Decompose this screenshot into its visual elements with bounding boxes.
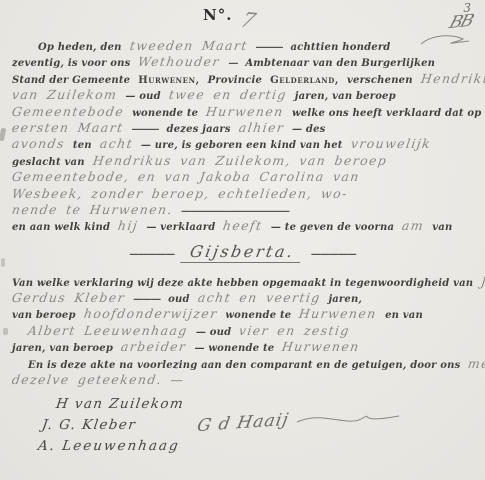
handwritten-entry: Hurwenen [281, 339, 361, 354]
document-line: Stand der GemeenteHurwenen,ProvincieGeld… [12, 71, 473, 87]
printed-form-text: jaren, van beroep [12, 343, 113, 354]
handwritten-entry: met [467, 356, 485, 371]
printed-form-text: — te geven de voorna [271, 222, 394, 233]
handwritten-entry: eersten Maart [11, 120, 125, 135]
handwritten-entry: Johannis [480, 274, 485, 289]
printed-form-text: — oud [125, 91, 160, 102]
handwritten-entry: Albert Leeuwenhaag [27, 323, 189, 338]
printed-form-text: van beroep [12, 310, 76, 321]
handwritten-entry: hoofdonderwijzer [83, 306, 219, 321]
handwritten-entry: Hurwenen [205, 104, 285, 119]
handwritten-entry: dezelve geteekend. — [11, 372, 186, 387]
signature-block: H van Zuilekom J. G. Kleber A. Leeuwenha… [12, 396, 473, 459]
document-line: geslacht vanHendrikus van Zuilekom, van … [12, 153, 473, 169]
printed-form-text: van [432, 222, 452, 233]
printed-form-text: jaren, van beroep [295, 91, 396, 102]
handwritten-entry: Wethouder [137, 54, 221, 69]
printed-form-text: jaren, [328, 294, 362, 305]
handwritten-entry: vier en zestig [238, 323, 351, 338]
child-name-line: —————Gijsberta.————— [12, 242, 473, 263]
fill-in-rule: ——— [132, 124, 159, 135]
fill-in-rule: ——— [133, 294, 160, 305]
printed-form-text: En is deze akte na voorlezing aan den co… [28, 360, 460, 371]
fill-in-rule: ————— [311, 249, 356, 260]
document-line: Albert Leeuwenhaag— oudvier en zestig [12, 323, 473, 339]
document-line: eersten Maart———dezes jaarsalhier— des [12, 120, 473, 136]
printed-form-text: Van welke verklaring wij deze akte hebbe… [12, 278, 473, 289]
document-line: Gemeentebode, en van Jakoba Carolina van [12, 169, 473, 185]
signature-witness-1: J. G. Kleber [41, 417, 185, 433]
document-line: Gerdus Kleber———oudacht en veertigjaren, [12, 290, 473, 306]
handwritten-entry: Hendrikus [420, 71, 485, 86]
printed-form-text: oud [168, 294, 190, 305]
document-line: en aan welk kindhij— verklaardheeft— te … [12, 218, 473, 234]
fill-in-rule: ———————————— [181, 206, 289, 217]
printed-form-text: zeventig, is voor ons [12, 58, 130, 69]
printed-form-text: — des [292, 124, 325, 135]
document-line: avondstenacht— ure, is geboren een kind … [12, 136, 473, 152]
fill-in-rule: ————— [129, 249, 174, 260]
document-line: En is deze akte na voorlezing aan den co… [12, 356, 473, 372]
document-line: zeventig, is voor onsWethouder—Ambtenaar… [12, 54, 473, 70]
printed-form-text: ten [73, 140, 92, 151]
printed-form-text: — verklaard [146, 222, 215, 233]
handwritten-entry: Wesbeek, zonder beroep, echtelieden, wo- [11, 186, 349, 201]
printed-form-text: wonende te [225, 310, 291, 321]
document-line: nende te Hurwenen.———————————— [12, 202, 473, 218]
document-line: Gemeentebodewonende teHurwenenwelke ons … [12, 104, 473, 120]
corner-initials: BB [447, 13, 474, 32]
handwritten-entry: am [401, 218, 425, 233]
signature-official-wrap: G d Haaij [198, 408, 403, 459]
printed-form-text: Stand der Gemeente [12, 75, 130, 86]
printed-form-text: Ambtenaar van den Burgerlijken [245, 58, 435, 69]
printed-form-text: — wonende te [194, 343, 274, 354]
scan-smudge [1, 258, 5, 267]
handwritten-entry: vrouwelijk [350, 136, 432, 151]
document-line: jaren, van beroeparbeider— wonende teHur… [12, 339, 473, 355]
document-line: Wesbeek, zonder beroep, echtelieden, wo- [12, 186, 473, 202]
certificate-body: Op heden, dentweeden Maart———achttien ho… [12, 38, 473, 459]
act-number-value: 7 [238, 8, 260, 33]
handwritten-entry: Hendrikus van Zuilekom, van beroep [92, 153, 388, 168]
printed-form-text: Hurwenen, [138, 75, 199, 86]
signature-witness-2: A. Leeuwenhaag [37, 438, 185, 454]
document-line: van Zuilekom— oudtwee en dertigjaren, va… [12, 87, 473, 103]
document-line: van beroephoofdonderwijzerwonende teHurw… [12, 306, 473, 322]
handwritten-entry: acht [99, 136, 134, 151]
signature-paraph-flourish [293, 408, 403, 428]
printed-form-text: dezes jaars [167, 124, 231, 135]
handwritten-entry: twee en dertig [168, 87, 288, 102]
signatures-left-column: H van Zuilekom J. G. Kleber A. Leeuwenha… [12, 396, 184, 459]
printed-form-text: achttien honderd [290, 42, 390, 53]
printed-form-text: geslacht van [12, 157, 85, 168]
scan-smudge [3, 328, 8, 335]
printed-form-text: Gelderland, [270, 75, 339, 86]
document-line: dezelve geteekend. — [12, 372, 473, 388]
handwritten-entry: Gemeentebode [11, 104, 125, 119]
printed-form-text: — oud [196, 327, 231, 338]
handwritten-entry: tweeden Maart [129, 38, 249, 53]
handwritten-entry: alhier [238, 120, 285, 135]
printed-form-text: welke ons heeft verklaard dat op den [292, 108, 485, 119]
printed-form-text: verschenen [347, 75, 413, 86]
document-line: Van welke verklaring wij deze akte hebbe… [12, 274, 473, 290]
handwritten-entry: hij [117, 218, 139, 233]
handwritten-entry: heeft [222, 218, 264, 233]
printed-form-text: en van [385, 310, 423, 321]
document-line: Op heden, dentweeden Maart———achttien ho… [12, 38, 473, 54]
handwritten-entry: arbeider [120, 339, 188, 354]
handwritten-entry: Hurwenen [298, 306, 378, 321]
handwritten-entry: van Zuilekom [11, 87, 119, 102]
handwritten-entry: nende te Hurwenen. [11, 202, 174, 217]
scan-smudge [0, 128, 6, 142]
printed-form-text: wonende te [132, 108, 198, 119]
signature-official: G d Haaij [195, 410, 290, 436]
fill-in-rule: ——— [255, 42, 282, 53]
act-number-header: N°. 7 [203, 6, 255, 32]
handwritten-entry: Gerdus Kleber [11, 290, 126, 305]
act-number-label: N°. [203, 6, 232, 24]
printed-form-text: — ure, is geboren een kind van het [141, 140, 343, 151]
signature-declarant: H van Zuilekom [55, 396, 185, 412]
handwritten-entry: Gijsberta. [180, 242, 304, 263]
handwritten-entry: avonds [11, 136, 66, 151]
fill-in-rule: — [228, 58, 237, 69]
handwritten-entry: acht en veertig [197, 290, 322, 305]
printed-form-text: Provincie [208, 75, 262, 86]
printed-form-text: en aan welk kind [12, 222, 110, 233]
handwritten-entry: Gemeentebode, en van Jakoba Carolina van [11, 169, 361, 184]
printed-form-text: Op heden, den [38, 42, 122, 53]
